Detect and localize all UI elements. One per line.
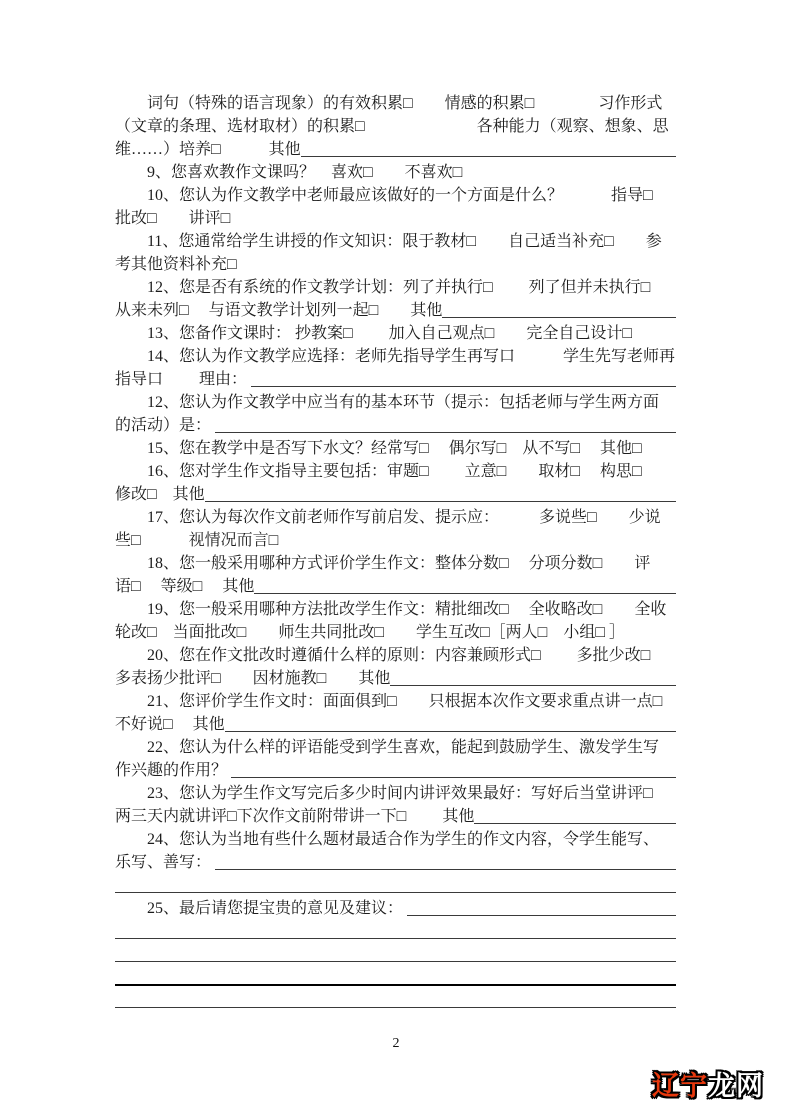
line-text: 16、您对学生作文指导主要包括：审题□ 立意□ 取材□ 构思□ (115, 460, 642, 483)
line-text: 乐写、善写： (115, 851, 215, 874)
document-line: 些□ 视情况而言□ (115, 529, 676, 552)
document-line: 11、您通常给学生讲授的作文知识：限于教材□ 自己适当补充□ 参 (115, 230, 676, 253)
line-text: 12、您认为作文教学中应当有的基本环节（提示：包括老师与学生两方面 (115, 391, 659, 414)
blank-underline (231, 759, 676, 778)
line-text: 词句（特殊的语言现象）的有效积累□ 情感的积累□ 习作形式 (115, 92, 662, 115)
blank-line (115, 943, 676, 966)
blank-underline (115, 920, 676, 939)
document-line: 两三天内就讲评□下次作文前附带讲一下□ 其他 (115, 805, 676, 828)
document-line: 24、您认为当地有些什么题材最适合作为学生的作文内容，令学生能写、 (115, 828, 676, 851)
line-text: 指导口 理由： (115, 368, 251, 391)
line-text: 些□ 视情况而言□ (115, 529, 278, 552)
line-text: 19、您一般采用哪种方法批改学生作文：精批细改□ 全收略改□ 全收 (115, 598, 666, 621)
blank-underline (474, 805, 676, 824)
document-line: 乐写、善写： (115, 851, 676, 874)
line-text: 维……）培养□ 其他 (115, 138, 301, 161)
document-line: 指导口 理由： (115, 368, 676, 391)
blank-underline (390, 667, 676, 686)
document-line: 作兴趣的作用？ (115, 759, 676, 782)
blank-underline (225, 713, 676, 732)
line-text: 15、您在教学中是否写下水文？经常写□ 偶尔写□ 从不写□ 其他□ (115, 437, 642, 460)
document-line: 14、您认为作文教学应选择：老师先指导学生再写口 学生先写老师再 (115, 345, 676, 368)
line-text: 批改□ 讲评□ (115, 207, 230, 230)
line-text: 24、您认为当地有些什么题材最适合作为学生的作文内容，令学生能写、 (115, 828, 659, 851)
line-text: 25、最后请您提宝贵的意见及建议： (115, 897, 407, 920)
blank-underline (215, 851, 676, 870)
document-line: 多表扬少批评□ 因材施教□ 其他 (115, 667, 676, 690)
blank-underline (115, 989, 676, 1008)
document-line: 23、您认为学生作文写完后多少时间内讲评效果最好：写好后当堂讲评□ (115, 782, 676, 805)
document-line: 从来未列□ 与语文教学计划列一起□ 其他 (115, 299, 676, 322)
document-line: 语□ 等级□ 其他 (115, 575, 676, 598)
document-line: 的活动）是： (115, 414, 676, 437)
watermark: 辽宁龙网 (652, 1071, 764, 1101)
line-text: 10、您认为作文教学中老师最应该做好的一个方面是什么？ 指导□ (115, 184, 653, 207)
page-number: 2 (0, 1034, 792, 1054)
line-text: 13、您备作文课时： 抄教案□ 加入自己观点□ 完全自己设计□ (115, 322, 632, 345)
document-line: （文章的条理、选材取材）的积累□ 各种能力（观察、想象、思 (115, 115, 676, 138)
line-text: 轮改□ 当面批改□ 师生共同批改□ 学生互改□［两人□ 小组□ ］ (115, 621, 625, 644)
document-line: 18、您一般采用哪种方式评价学生作文：整体分数□ 分项分数□ 评 (115, 552, 676, 575)
document-line: 9、您喜欢教作文课吗？ 喜欢□ 不喜欢□ (115, 161, 676, 184)
blank-underline (115, 874, 676, 893)
line-text: 作兴趣的作用？ (115, 759, 231, 782)
line-text: 修改□ 其他 (115, 483, 205, 506)
line-text: （文章的条理、选材取材）的积累□ 各种能力（观察、想象、思 (115, 115, 669, 138)
line-text: 多表扬少批评□ 因材施教□ 其他 (115, 667, 390, 690)
line-text: 的活动）是： (115, 414, 215, 437)
blank-underline (407, 897, 676, 916)
document-page: 词句（特殊的语言现象）的有效积累□ 情感的积累□ 习作形式（文章的条理、选材取材… (0, 0, 792, 1120)
document-line: 25、最后请您提宝贵的意见及建议： (115, 897, 676, 920)
line-text: 9、您喜欢教作文课吗？ 喜欢□ 不喜欢□ (115, 161, 462, 184)
blank-underline (205, 483, 676, 502)
document-line: 21、您评价学生作文时：面面俱到□ 只根据本次作文要求重点讲一点□ (115, 690, 676, 713)
document-line: 批改□ 讲评□ (115, 207, 676, 230)
line-text: 不好说□ 其他 (115, 713, 225, 736)
document-line: 维……）培养□ 其他 (115, 138, 676, 161)
blank-underline (301, 138, 676, 157)
blank-underline (115, 943, 676, 962)
blank-line (115, 920, 676, 943)
document-line: 20、您在作文批改时遵循什么样的原则：内容兼顾形式□ 多批少改□ (115, 644, 676, 667)
line-text: 21、您评价学生作文时：面面俱到□ 只根据本次作文要求重点讲一点□ (115, 690, 662, 713)
document-line: 不好说□ 其他 (115, 713, 676, 736)
blank-underline (442, 299, 676, 318)
line-text: 18、您一般采用哪种方式评价学生作文：整体分数□ 分项分数□ 评 (115, 552, 650, 575)
line-text: 17、您认为每次作文前老师作写前启发、提示应： 多说些□ 少说 (115, 506, 661, 529)
blank-line (115, 966, 676, 989)
document-line: 16、您对学生作文指导主要包括：审题□ 立意□ 取材□ 构思□ (115, 460, 676, 483)
line-text: 11、您通常给学生讲授的作文知识：限于教材□ 自己适当补充□ 参 (115, 230, 662, 253)
blank-underline (215, 414, 676, 433)
line-text: 22、您认为什么样的评语能受到学生喜欢，能起到鼓励学生、激发学生写 (115, 736, 659, 759)
document-line: 词句（特殊的语言现象）的有效积累□ 情感的积累□ 习作形式 (115, 92, 676, 115)
document-line: 轮改□ 当面批改□ 师生共同批改□ 学生互改□［两人□ 小组□ ］ (115, 621, 676, 644)
document-body: 词句（特殊的语言现象）的有效积累□ 情感的积累□ 习作形式（文章的条理、选材取材… (115, 92, 676, 1012)
line-text: 23、您认为学生作文写完后多少时间内讲评效果最好：写好后当堂讲评□ (115, 782, 653, 805)
document-line: 12、您是否有系统的作文教学计划：列了并执行□ 列了但并未执行□ (115, 276, 676, 299)
line-text: 从来未列□ 与语文教学计划列一起□ 其他 (115, 299, 442, 322)
blank-line (115, 874, 676, 897)
blank-line (115, 989, 676, 1012)
document-line: 13、您备作文课时： 抄教案□ 加入自己观点□ 完全自己设计□ (115, 322, 676, 345)
watermark-left-text: 辽宁 (652, 1071, 708, 1101)
line-text: 14、您认为作文教学应选择：老师先指导学生再写口 学生先写老师再 (115, 345, 675, 368)
document-line: 15、您在教学中是否写下水文？经常写□ 偶尔写□ 从不写□ 其他□ (115, 437, 676, 460)
document-line: 12、您认为作文教学中应当有的基本环节（提示：包括老师与学生两方面 (115, 391, 676, 414)
document-line: 10、您认为作文教学中老师最应该做好的一个方面是什么？ 指导□ (115, 184, 676, 207)
blank-underline (251, 368, 676, 387)
line-text: 12、您是否有系统的作文教学计划：列了并执行□ 列了但并未执行□ (115, 276, 650, 299)
blank-underline (115, 966, 676, 986)
line-text: 20、您在作文批改时遵循什么样的原则：内容兼顾形式□ 多批少改□ (115, 644, 650, 667)
document-line: 考其他资料补充□ (115, 253, 676, 276)
blank-underline (254, 575, 676, 594)
line-text: 考其他资料补充□ (115, 253, 237, 276)
document-line: 19、您一般采用哪种方法批改学生作文：精批细改□ 全收略改□ 全收 (115, 598, 676, 621)
document-line: 22、您认为什么样的评语能受到学生喜欢，能起到鼓励学生、激发学生写 (115, 736, 676, 759)
line-text: 两三天内就讲评□下次作文前附带讲一下□ 其他 (115, 805, 474, 828)
document-line: 修改□ 其他 (115, 483, 676, 506)
document-line: 17、您认为每次作文前老师作写前启发、提示应： 多说些□ 少说 (115, 506, 676, 529)
line-text: 语□ 等级□ 其他 (115, 575, 254, 598)
watermark-right-text: 龙网 (708, 1071, 764, 1101)
